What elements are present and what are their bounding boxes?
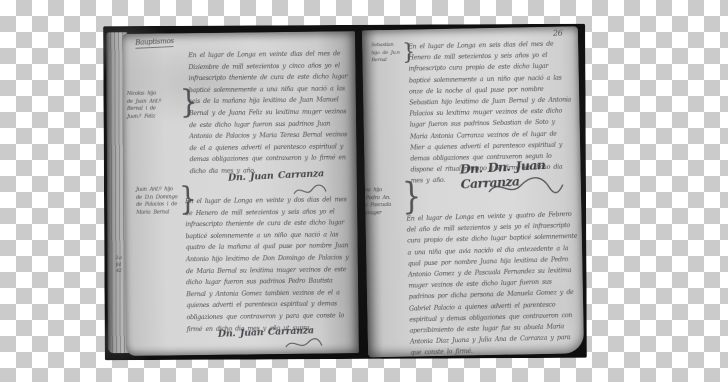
left-margin-note-2: Juan Ant.º hijo de D.n Domingo de Palaci…: [136, 186, 184, 217]
page-number: 26: [553, 29, 563, 38]
signature-rubric-flourish: [485, 175, 565, 201]
transparency-checkerboard-background: 2.a fol 42 Bauptismos Nicolas hijo de Ju…: [0, 0, 728, 382]
signature-rubric-flourish: [284, 337, 324, 353]
right-page: 26 Sebastian hijo de Ju.n Bernal } En el…: [362, 26, 584, 357]
left-page-paragraph-1: En el lugar de Longa en veinte dias del …: [188, 48, 356, 178]
right-margin-note-2: Juana hija de Pedro An. i de Pascuala su…: [362, 187, 404, 218]
margin-bracket-icon: }: [402, 176, 422, 218]
left-page-heading: Bauptismos: [135, 37, 174, 49]
left-margin-note-1: Nicolas hijo de Juan Ant.º Bernal i de J…: [127, 90, 181, 121]
right-page-paragraph-2: En el lugar de Longa en veinte y quatro …: [406, 209, 582, 358]
left-page-paragraph-2: En el lugar de Longa en veinte y dos dia…: [185, 194, 356, 335]
manuscript-photo-frame: 2.a fol 42 Bauptismos Nicolas hijo de Ju…: [103, 24, 587, 361]
left-page: Bauptismos Nicolas hijo de Juan Ant.º Be…: [122, 31, 359, 356]
